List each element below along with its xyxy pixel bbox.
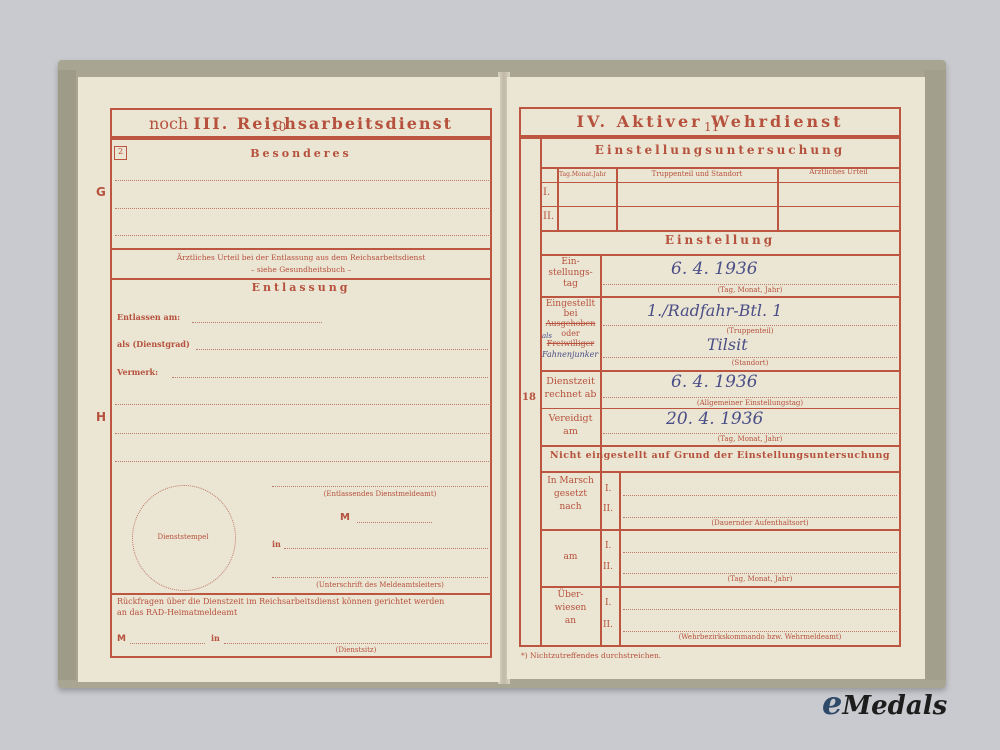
- side-letter-g: G: [96, 185, 106, 199]
- label-rule: [600, 471, 602, 645]
- label-line: Eingestellt: [541, 299, 600, 309]
- logo-e: e: [822, 684, 842, 722]
- besonderes-line-2[interactable]: [115, 208, 489, 209]
- row-label-i: I.: [543, 187, 550, 198]
- dienststempel-label: Dienststempel: [132, 533, 234, 541]
- dienstzeit-value[interactable]: 6. 4. 1936: [671, 372, 758, 392]
- aufenthaltsort-field-2[interactable]: [623, 517, 897, 518]
- label-line: nach: [541, 501, 600, 514]
- hand-fahnenjunker: Fahnenjunker: [542, 350, 598, 359]
- m-number-field[interactable]: [357, 522, 432, 523]
- struck-ausgehoben: Ausgehoben: [541, 319, 600, 329]
- label-line: gesetzt: [541, 488, 600, 501]
- divider: [112, 248, 490, 250]
- dienstzeit-caption: (Allgemeiner Einstellungstag): [603, 399, 897, 407]
- divider: [112, 593, 490, 595]
- col-header-verdict: Ärztliches Urteil: [778, 168, 899, 176]
- label-line: Über-: [541, 589, 600, 602]
- divider: [541, 529, 899, 531]
- vermerk-label: Vermerk:: [117, 367, 158, 377]
- in-field[interactable]: [284, 548, 488, 549]
- label-line: In Marsch: [541, 475, 600, 488]
- besonderes-heading: Besonderes: [112, 147, 490, 160]
- signature-field[interactable]: [272, 577, 488, 578]
- logo-text: Medals: [842, 691, 947, 721]
- aufenthaltsort-field-1[interactable]: [623, 495, 897, 496]
- am-field-2[interactable]: [623, 573, 897, 574]
- reichsarbeitsdienst-form: 2 Besonderes Ärztliches Urteil bei der E…: [110, 138, 492, 658]
- wehrdienst-form: 18 Einstellungsuntersuchung Tag.Monat.Ja…: [519, 137, 901, 647]
- label-line: Ein-: [541, 257, 600, 268]
- label-line: Dienstzeit: [541, 375, 600, 388]
- standort-field: [603, 357, 897, 358]
- cover-edge-right: [924, 70, 946, 680]
- aerztliches-urteil-text: Ärztliches Urteil bei der Entlassung aus…: [112, 253, 490, 262]
- label-line: am: [541, 425, 600, 438]
- truppenteil-field: [603, 325, 897, 326]
- col-header-unit: Truppenteil und Standort: [617, 170, 777, 178]
- section-title: noch III. Reichsarbeitsdienst: [112, 114, 490, 133]
- rueckfragen-text-1: Rückfragen über die Dienstzeit im Reichs…: [117, 597, 444, 606]
- einstellungstag-value[interactable]: 6. 4. 1936: [671, 259, 758, 279]
- roman-ii: II.: [603, 504, 613, 514]
- gesundheitsbuch-note: – siehe Gesundheitsbuch –: [112, 265, 490, 274]
- in-label: in: [272, 539, 281, 549]
- einstellung-heading: Einstellung: [541, 233, 899, 247]
- divider: [541, 254, 899, 256]
- ueberwiesen-label: Über- wiesen an: [541, 589, 600, 628]
- vereidigt-value[interactable]: 20. 4. 1936: [666, 409, 763, 429]
- vermerk-line-4[interactable]: [115, 461, 489, 462]
- section-title-box: IV. Aktiver Wehrdienst: [519, 107, 901, 137]
- footnote: *) Nichtzutreffendes durchstreichen.: [521, 651, 661, 660]
- roman-rule: [619, 471, 621, 645]
- title-prefix: noch: [149, 114, 188, 133]
- section-title: IV. Aktiver Wehrdienst: [521, 112, 899, 131]
- dienstsitz-caption: (Dienstsitz): [224, 646, 488, 654]
- title-text: III. Reichsarbeitsdienst: [193, 114, 453, 133]
- roman-i: I.: [605, 484, 611, 494]
- rueckfragen-in-label: in: [211, 633, 220, 643]
- in-marsch-label: In Marsch gesetzt nach: [541, 475, 600, 514]
- vereidigt-field: [603, 433, 897, 434]
- wehrbezirk-field-2[interactable]: [623, 631, 897, 632]
- side-letter-h: H: [96, 410, 106, 424]
- standort-caption: (Standort): [603, 359, 897, 367]
- label-line: bei: [541, 309, 600, 319]
- col-rule: [777, 167, 779, 232]
- divider: [541, 206, 899, 207]
- row-label-ii: II.: [543, 211, 554, 222]
- besonderes-line-1[interactable]: [115, 180, 489, 181]
- vereidigt-label: Vereidigt am: [541, 412, 600, 438]
- signature-caption: (Unterschrift des Meldeamtsleiters): [272, 581, 488, 589]
- label-line: rechnet ab: [541, 388, 600, 401]
- wehrbezirk-field-1[interactable]: [623, 609, 897, 610]
- truppenteil-caption: (Truppenteil): [603, 327, 897, 335]
- vermerk-line-3[interactable]: [115, 433, 489, 434]
- divider: [541, 586, 899, 588]
- entlassen-am-field[interactable]: [192, 322, 322, 323]
- dienstzeit-label: Dienstzeit rechnet ab: [541, 375, 600, 401]
- left-page: 10 G H noch III. Reichsarbeitsdienst 2 B…: [78, 77, 500, 682]
- dienstgrad-field[interactable]: [196, 349, 488, 350]
- am-label: am: [541, 552, 600, 562]
- standort-value[interactable]: Tilsit: [707, 335, 748, 354]
- divider: [112, 278, 490, 280]
- roman-i: I.: [605, 541, 611, 551]
- dienstsitz-field[interactable]: [224, 643, 488, 644]
- einstellungsuntersuchung-heading: Einstellungsuntersuchung: [541, 143, 899, 157]
- aufenthaltsort-caption: (Dauernder Aufenthaltsort): [623, 519, 897, 527]
- entlassen-am-label: Entlassen am:: [117, 312, 180, 322]
- vermerk-line-2[interactable]: [115, 404, 489, 405]
- besonderes-line-3[interactable]: [115, 235, 489, 236]
- section-title-box: noch III. Reichsarbeitsdienst: [110, 108, 492, 138]
- margin-number: 18: [522, 392, 536, 403]
- eingestellt-bei-label: Eingestellt bei Ausgehoben oder Freiwill…: [541, 299, 600, 349]
- vermerk-field[interactable]: [172, 377, 488, 378]
- divider: [541, 445, 899, 447]
- m-label: M: [340, 512, 350, 523]
- einstellungstag-label: Ein- stellungs- tag: [541, 257, 600, 290]
- am-field-1[interactable]: [623, 552, 897, 553]
- rueckfragen-m-label: M: [117, 634, 126, 644]
- meldeamt-caption: (Entlassendes Dienstmeldeamt): [272, 490, 488, 498]
- roman-ii: II.: [603, 562, 613, 572]
- label-line: stellungs-: [541, 268, 600, 279]
- divider: [541, 296, 899, 298]
- right-page: 11 IV. Aktiver Wehrdienst 18 Einstellung…: [507, 77, 925, 679]
- einstellungstag-caption: (Tag, Monat, Jahr): [603, 286, 897, 294]
- rueckfragen-m-field[interactable]: [130, 643, 205, 644]
- truppenteil-value[interactable]: 1./Radfahr-Btl. 1: [647, 301, 782, 320]
- dienstgrad-label: als (Dienstgrad): [117, 339, 190, 349]
- emedals-logo: eMedals: [822, 684, 947, 722]
- label-line: wiesen: [541, 602, 600, 615]
- einstellungstag-field: [603, 284, 897, 285]
- label-line: an: [541, 615, 600, 628]
- struck-freiwilliger: Freiwilliger: [541, 339, 600, 349]
- label-line: tag: [541, 279, 600, 290]
- cover-edge-left: [58, 70, 76, 680]
- roman-i: I.: [605, 598, 611, 608]
- divider: [541, 230, 899, 232]
- roman-ii: II.: [603, 620, 613, 630]
- label-line: Vereidigt: [541, 412, 600, 425]
- divider: [541, 182, 899, 183]
- nicht-eingestellt-heading: Nicht eingestellt auf Grund der Einstell…: [541, 450, 899, 461]
- entlassung-heading: Entlassung: [112, 281, 490, 294]
- am-caption: (Tag, Monat, Jahr): [623, 575, 897, 583]
- dienstzeit-field: [603, 397, 897, 398]
- meldeamt-field[interactable]: [272, 486, 488, 487]
- rueckfragen-text-2: an das RAD-Heimatmeldeamt: [117, 608, 237, 617]
- col-header-date: Tag.Monat.Jahr: [559, 171, 606, 178]
- wehrbezirk-caption: (Wehrbezirkskommando bzw. Wehrmeldeamt): [623, 633, 897, 641]
- hand-als: als: [542, 332, 552, 340]
- divider: [541, 471, 899, 473]
- vereidigt-caption: (Tag, Monat, Jahr): [603, 435, 897, 443]
